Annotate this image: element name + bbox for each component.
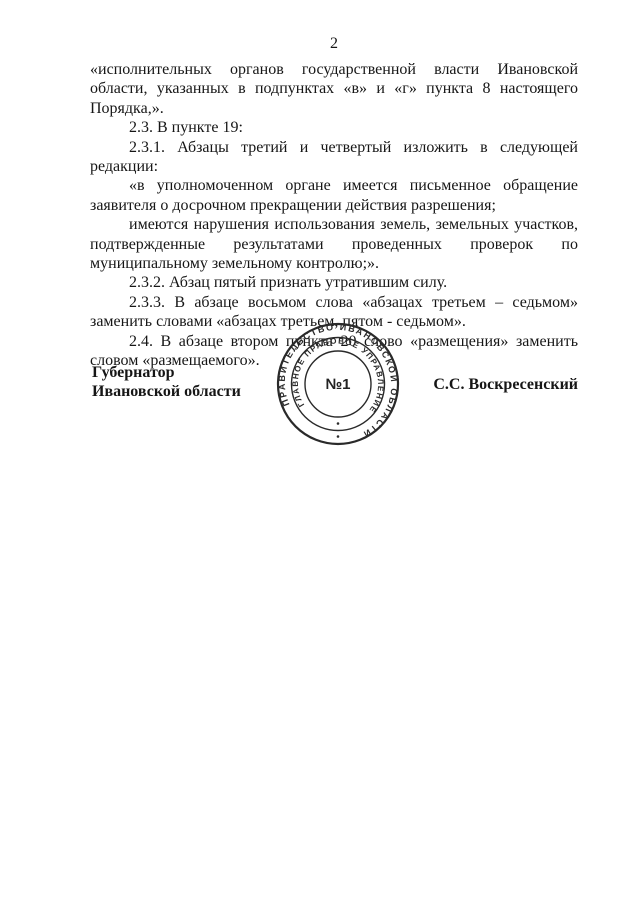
- document-page: 2 «исполнительных органов государственно…: [0, 0, 640, 905]
- paragraph: «в уполномоченном органе имеется письмен…: [90, 176, 578, 215]
- signature-block: Губернатор Ивановской области ПРАВИТЕЛЬС…: [90, 318, 578, 450]
- official-stamp: ПРАВИТЕЛЬСТВО ИВАНОВСКОЙ ОБЛАСТИ ГЛАВНОЕ…: [274, 320, 402, 448]
- stamp-separator-dot: [337, 435, 340, 438]
- paragraph: 2.3.2. Абзац пятый признать утратившим с…: [90, 273, 578, 292]
- stamp-graphic: ПРАВИТЕЛЬСТВО ИВАНОВСКОЙ ОБЛАСТИ ГЛАВНОЕ…: [274, 320, 402, 448]
- signature-title-line2: Ивановской области: [92, 382, 241, 401]
- signature-title: Губернатор Ивановской области: [92, 363, 241, 402]
- paragraph: имеются нарушения использования земель, …: [90, 215, 578, 273]
- paragraph: 2.3. В пункте 19:: [90, 118, 578, 137]
- signature-name: С.С. Воскресенский: [433, 376, 578, 394]
- paragraph: «исполнительных органов государственной …: [90, 60, 578, 118]
- signature-title-line1: Губернатор: [92, 363, 241, 382]
- page-number: 2: [90, 35, 578, 52]
- stamp-separator-dot: [337, 422, 340, 425]
- paragraph: 2.3.1. Абзацы третий и четвертый изложит…: [90, 138, 578, 177]
- stamp-number: №1: [325, 376, 350, 393]
